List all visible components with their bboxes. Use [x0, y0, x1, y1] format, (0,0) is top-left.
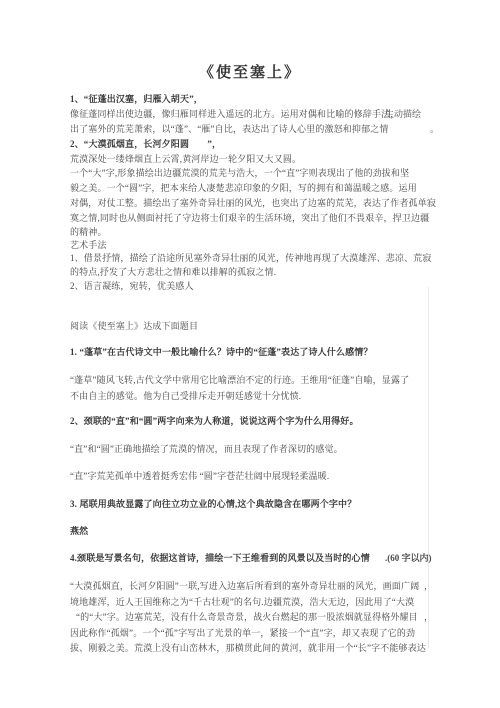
note1-line-1: 像征蓬同样出使边疆，像归雁同样进入遥远的北方。运用对偶和比喻的修辞手法，: [70, 107, 399, 120]
answer-4-line: 拔、刚毅之美。荒漠上没有山峦林木，那横贯此间的黄河，就非用一个“长”字不能够表达: [70, 641, 426, 654]
techniques-line: 1、借景抒情，描绘了沿途所见塞外奇异壮丽的风光，传神地再现了大漠雄浑、悲凉、荒寂: [70, 251, 432, 264]
answer-2-line: “直”字荒芜孤单中透着挺秀宏伟 “圆”字苍茫壮阔中展现轻柔温暖.: [70, 469, 329, 482]
answer-4-line: 因此称作“孤烟”。一个“孤”字写出了光景的单一，紧接一个“直”字，却又表现了它的…: [70, 626, 415, 639]
question-4: 4.颈联是写景名句，依据这首诗，描绘一下王维看到的风景以及当时的心情: [70, 551, 370, 564]
answer-2-line: “直”和“圆”正确地描绘了荒漠的情况，而且表现了作者深切的感觉。: [70, 442, 343, 455]
document-page: 《使至塞上》 1、“征蓬出汉塞，归雁入胡天”， 像征蓬同样出使边疆，像归雁同样进…: [0, 0, 500, 708]
note2-heading: 2、“大漠孤烟直，长河夕阳圆 ”，: [70, 137, 221, 150]
note2-line: 一个“大”字,形象描绘出边疆荒漠的荒芜与浩大，一个“直”字则表现出了他的劲拔和坚: [70, 166, 409, 179]
note2-line: 对偶，对仗工整。描绘出了塞外奇异壮丽的风光，也突出了边塞的荒芜，表达了作者孤单寂: [70, 196, 436, 209]
questions-intro: 阅读《使至塞上》达成下面题目: [70, 319, 198, 332]
note2-line: 毅之美。一个“圆”字，把本来给人凄楚悲凉印象的夕阳，写的拥有和蔼温暖之感。运用: [70, 181, 417, 194]
answer-1-line: 不由自主的感觉。他为自己受排斥走开朝廷感觉十分忧愤.: [70, 389, 301, 402]
answer-4-hanging-comma: ，: [424, 579, 433, 592]
note1-line-2-right-fragment: 。: [430, 122, 439, 135]
page-edge-divider: [428, 287, 429, 648]
question-4-word-limit: .(60 字以内): [385, 551, 432, 564]
question-3: 3. 尾联用典故显露了向往立功立业的心情,这个典故隐含在哪两个字中？: [70, 497, 356, 510]
techniques-line: 的特点,抒发了大方悲壮之情和难以排解的孤寂之情.: [70, 265, 276, 278]
note1-line-2: 出了塞外的荒芜萧索，以“蓬”、“雁”自比，表达出了诗人心里的激怒和抑郁之情: [70, 122, 389, 135]
techniques-heading: 艺术手法: [70, 238, 107, 251]
answer-4-line: “大漠孤烟直，长河夕阳圆”一联,写进入边塞后所看到的塞外奇异壮丽的风光，画面广阔: [70, 579, 419, 592]
note1-heading: 1、“征蓬出汉塞，归雁入胡天”，: [70, 92, 203, 105]
answer-3: 燕然: [70, 524, 88, 537]
answer-4-line: 境地雄浑，近人王国维称之为“千古壮观”的名句.边疆荒漠，浩大无边，因此用了“大漠: [70, 595, 414, 608]
answer-4-line: “的“大”字。边塞荒芜，没有什么奇景奇景，战火台燃起的那一股浓烟就显得格外耀目: [76, 610, 418, 623]
page-title: 《使至塞上》: [0, 61, 500, 82]
note2-line: 寞之情,同时也从侧面衬托了守边将士们艰辛的生活环境，突出了他们不畏艰辛，捍卫边疆: [70, 211, 429, 224]
note2-line: 的精神。: [70, 225, 107, 238]
question-2: 2、颈联的“直”和“圆”两字向来为人称道，说说这两个字为什么用得好。: [70, 414, 359, 427]
techniques-line: 2、语言凝练，宛转，优美感人: [70, 279, 194, 292]
note2-line: 荒漠深处一缕烽烟直上云霄,黄河岸边一轮夕阳又大又圆。: [70, 152, 301, 165]
note1-line-1-right-fragment: 生动描绘: [385, 107, 421, 120]
answer-1-line: “蓬草”随风飞转,古代文学中常用它比喻漂泊不定的行迹。王维用“征蓬”自喻，显露了: [70, 373, 409, 386]
answer-4-hanging-comma: ，: [424, 610, 433, 623]
question-1: 1. “蓬草”在古代诗文中一般比喻什么？诗中的“征蓬”表达了诗人什么感情？: [70, 345, 373, 358]
